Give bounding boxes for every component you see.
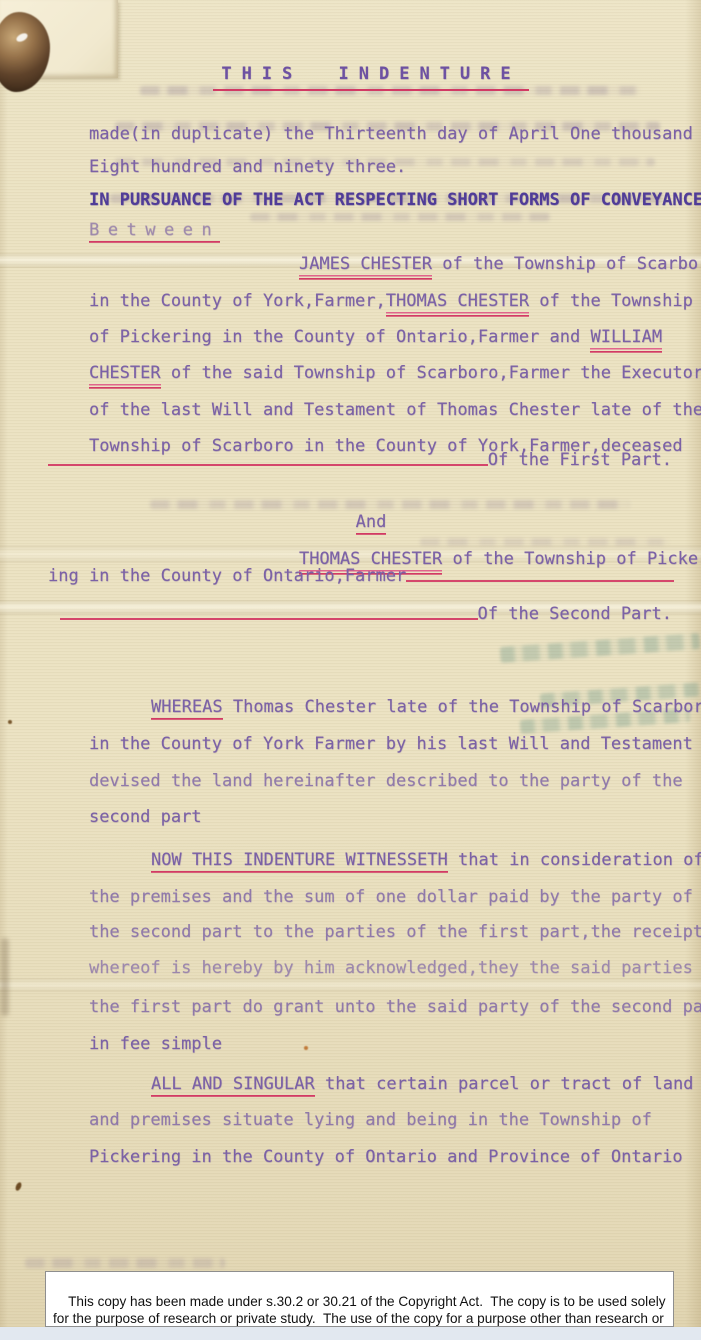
singular-line-3: Pickering in the County of Ontario and P… <box>48 1127 683 1187</box>
typed-text: second part <box>89 807 202 827</box>
edge-smudge <box>1 938 9 1016</box>
designation-text: Of the First Part. <box>488 450 672 470</box>
typed-text: whereof is hereby by him acknowledged,th… <box>89 958 701 978</box>
bleedthrough-ghost <box>25 1258 225 1268</box>
first-part-designation-line: Of the First Part. <box>48 450 672 470</box>
second-party-line-2: ing in the County of Ontario,Farmer <box>48 566 674 586</box>
red-rule <box>406 580 674 582</box>
scanner-background-strip <box>0 1327 701 1340</box>
typed-text: in fee simple <box>89 1034 222 1054</box>
paper-speck <box>8 720 12 724</box>
copyright-notice-box: This copy has been made under s.30.2 or … <box>45 1271 674 1327</box>
typed-text: Pickering in the County of Ontario and P… <box>89 1147 683 1167</box>
between-line: Between <box>48 200 220 260</box>
designation-text: Of the Second Part. <box>478 604 672 624</box>
between-label: Between <box>89 220 220 243</box>
document-title-line: THIS INDENTURE <box>0 44 701 111</box>
second-part-designation-line: Of the Second Part. <box>60 604 672 624</box>
red-rule <box>60 618 478 620</box>
red-rule <box>48 464 488 466</box>
document-title: THIS INDENTURE <box>213 64 528 91</box>
paper-speck <box>304 1046 308 1050</box>
scanned-indenture-page: THIS INDENTURE made(in duplicate) the Th… <box>0 0 701 1340</box>
typed-text: ing in the County of Ontario,Farmer <box>48 566 406 586</box>
